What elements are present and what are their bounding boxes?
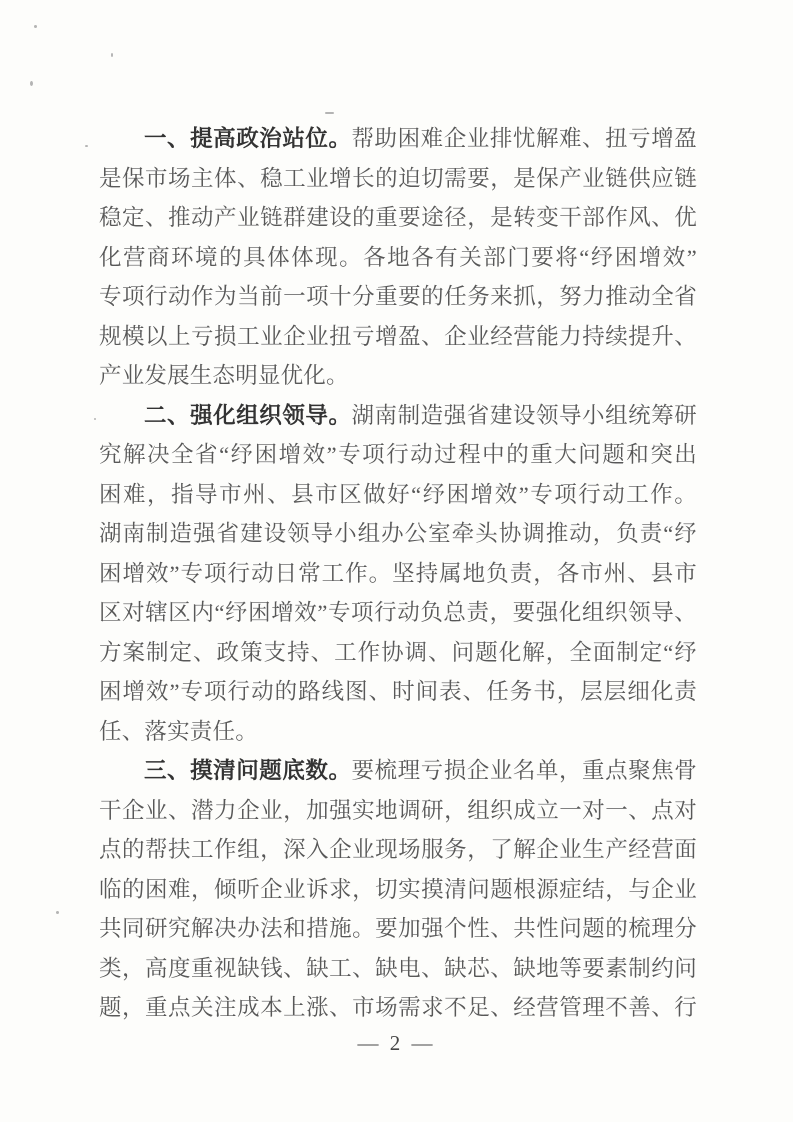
line-text: 要梳理亏损企业名单，重点聚焦骨: [352, 758, 697, 783]
text-line: 类，高度重视缺钱、缺工、缺电、缺芯、缺地等要素制约问: [99, 949, 697, 989]
paragraph-3: 三、摸清问题底数。要梳理亏损企业名单，重点聚焦骨 干企业、潜力企业，加强实地调研…: [99, 751, 697, 1028]
scan-speck: [56, 911, 59, 914]
text-line: 困增效”专项行动的路线图、时间表、任务书，层层细化责: [99, 672, 697, 712]
scan-speck: [34, 25, 37, 28]
text-line: 困难，指导市州、县市区做好“纾困增效”专项行动工作。: [99, 475, 697, 515]
scan-speck: [111, 53, 113, 57]
text-line: 化营商环境的具体体现。各地各有关部门要将“纾困增效”: [99, 238, 697, 278]
footer-page-number: — 2 —: [0, 1031, 793, 1056]
section-1-heading: 一、提高政治站位。: [144, 126, 352, 151]
text-line: 临的困难，倾听企业诉求，切实摸清问题根源症结，与企业: [99, 870, 697, 910]
text-line: 共同研究解决办法和措施。要加强个性、共性问题的梳理分: [99, 909, 697, 949]
scan-speck: [85, 145, 88, 147]
scan-speck: [94, 418, 96, 420]
paragraph-1: 一、提高政治站位。帮助困难企业排忧解难、扭亏增盈 是保市场主体、稳工业增长的迫切…: [99, 119, 697, 396]
text-line: 三、摸清问题底数。要梳理亏损企业名单，重点聚焦骨: [99, 751, 697, 791]
section-2-heading: 二、强化组织领导。: [144, 403, 352, 428]
text-line: 方案制定、政策支持、工作协调、问题化解，全面制定“纾: [99, 633, 697, 673]
text-line: 二、强化组织领导。湖南制造强省建设领导小组统筹研: [99, 396, 697, 436]
text-line: 题，重点关注成本上涨、市场需求不足、经营管理不善、行: [99, 988, 697, 1028]
text-line: 一、提高政治站位。帮助困难企业排忧解难、扭亏增盈: [99, 119, 697, 159]
text-line: 究解决全省“纾困增效”专项行动过程中的重大问题和突出: [99, 435, 697, 475]
scanned-document-page: 一、提高政治站位。帮助困难企业排忧解难、扭亏增盈 是保市场主体、稳工业增长的迫切…: [0, 0, 793, 1122]
paragraph-2: 二、强化组织领导。湖南制造强省建设领导小组统筹研 究解决全省“纾困增效”专项行动…: [99, 396, 697, 752]
scan-speck: [30, 81, 33, 86]
text-line: 是保市场主体、稳工业增长的迫切需要，是保产业链供应链: [99, 159, 697, 199]
text-line: 产业发展生态明显优化。: [99, 356, 697, 396]
document-body: 一、提高政治站位。帮助困难企业排忧解难、扭亏增盈 是保市场主体、稳工业增长的迫切…: [99, 119, 697, 1028]
text-line: 湖南制造强省建设领导小组办公室牵头协调推动，负责“纾: [99, 514, 697, 554]
text-line: 专项行动作为当前一项十分重要的任务来抓，努力推动全省: [99, 277, 697, 317]
text-line: 困增效”专项行动日常工作。坚持属地负责，各市州、县市: [99, 554, 697, 594]
text-line: 点的帮扶工作组，深入企业现场服务，了解企业生产经营面: [99, 830, 697, 870]
text-line: 稳定、推动产业链群建设的重要途径，是转变干部作风、优: [99, 198, 697, 238]
scan-speck: [325, 112, 334, 114]
text-line: 区对辖区内“纾困增效”专项行动负总责，要强化组织领导、: [99, 593, 697, 633]
text-line: 规模以上亏损工业企业扭亏增盈、企业经营能力持续提升、: [99, 317, 697, 357]
line-text: 湖南制造强省建设领导小组统筹研: [352, 403, 697, 428]
text-line: 干企业、潜力企业，加强实地调研，组织成立一对一、点对: [99, 791, 697, 831]
line-text: 帮助困难企业排忧解难、扭亏增盈: [352, 126, 697, 151]
text-line: 任、落实责任。: [99, 712, 697, 752]
section-3-heading: 三、摸清问题底数。: [144, 758, 352, 783]
